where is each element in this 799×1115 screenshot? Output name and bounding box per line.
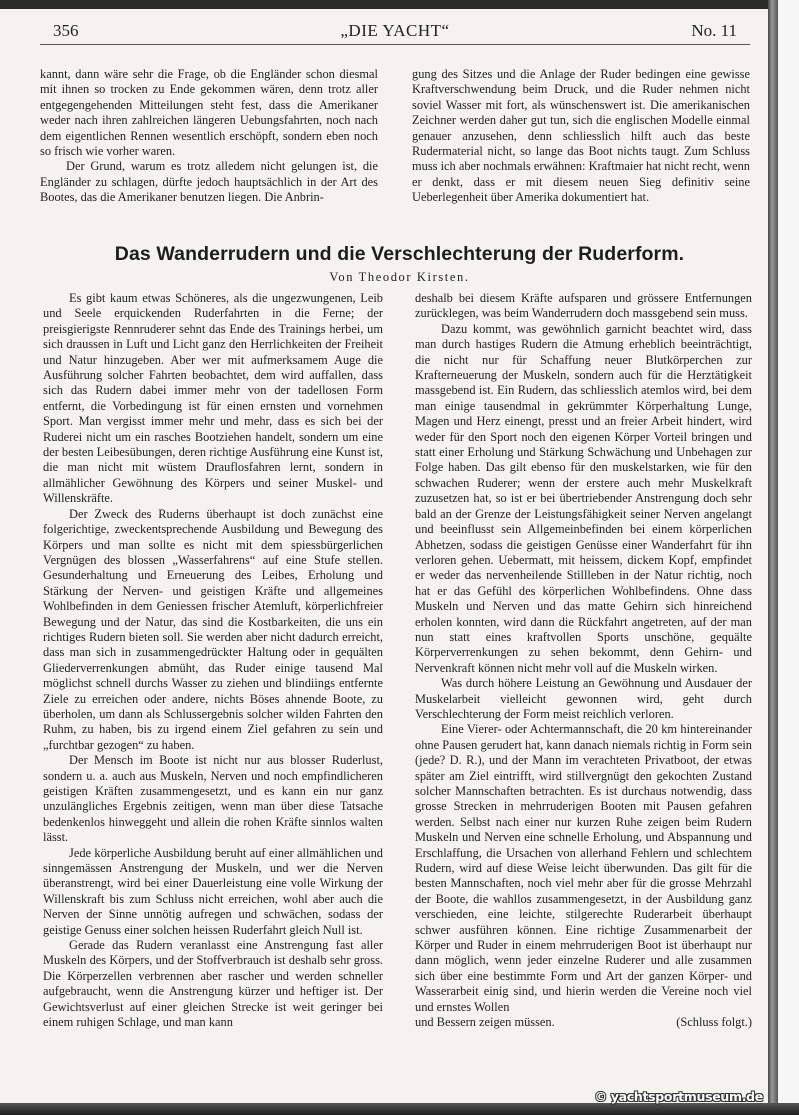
article-byline: Von Theodor Kirsten. (0, 270, 799, 285)
paragraph: Es gibt kaum etwas Schöneres, als die un… (43, 291, 383, 507)
previous-article-left-column: kannt, dann wäre sehr die Frage, ob die … (40, 67, 378, 206)
paragraph: Gerade das Rudern veranlasst eine Anstre… (43, 938, 383, 1030)
paragraph: Der Mensch im Boote ist nicht nur aus bl… (43, 753, 383, 845)
continuation-note: (Schluss folgt.) (676, 1015, 752, 1030)
paragraph: gung des Sitzes und die Anlage der Ruder… (412, 67, 750, 206)
article-right-column: deshalb bei diesem Kräfte aufsparen und … (415, 291, 752, 1031)
paragraph: kannt, dann wäre sehr die Frage, ob die … (40, 67, 378, 159)
book-spine-edge (768, 0, 778, 1115)
scan-margin (778, 0, 799, 1115)
article-title: Das Wanderrudern und die Verschlechterun… (0, 243, 799, 266)
paragraph: Der Zweck des Ruderns überhaupt ist doch… (43, 507, 383, 754)
closing-line: und Bessern zeigen müssen. (Schluss folg… (415, 1015, 752, 1030)
article-left-column: Es gibt kaum etwas Schöneres, als die un… (43, 291, 383, 1031)
paragraph: deshalb bei diesem Kräfte aufsparen und … (415, 291, 752, 322)
running-header: 356 „DIE YACHT“ No. 11 (40, 18, 750, 45)
paragraph: Was durch höhere Leistung an Gewöhnung u… (415, 676, 752, 722)
paragraph: Eine Vierer- oder Achtermannschaft, die … (415, 722, 752, 1015)
scan-bottom-edge (0, 1103, 799, 1115)
issue-number: No. 11 (691, 21, 737, 41)
publication-title: „DIE YACHT“ (40, 21, 750, 41)
paragraph: Der Grund, warum es trotz alledem nicht … (40, 159, 378, 205)
paragraph: Jede körperliche Ausbildung beruht auf e… (43, 846, 383, 938)
scan-top-edge (0, 0, 799, 9)
closing-text: und Bessern zeigen müssen. (415, 1015, 555, 1030)
previous-article-right-column: gung des Sitzes und die Anlage der Ruder… (412, 67, 750, 206)
paragraph: Dazu kommt, was gewöhnlich garnicht beac… (415, 322, 752, 676)
copyright-watermark: © yachtsportmuseum.de (595, 1089, 763, 1104)
